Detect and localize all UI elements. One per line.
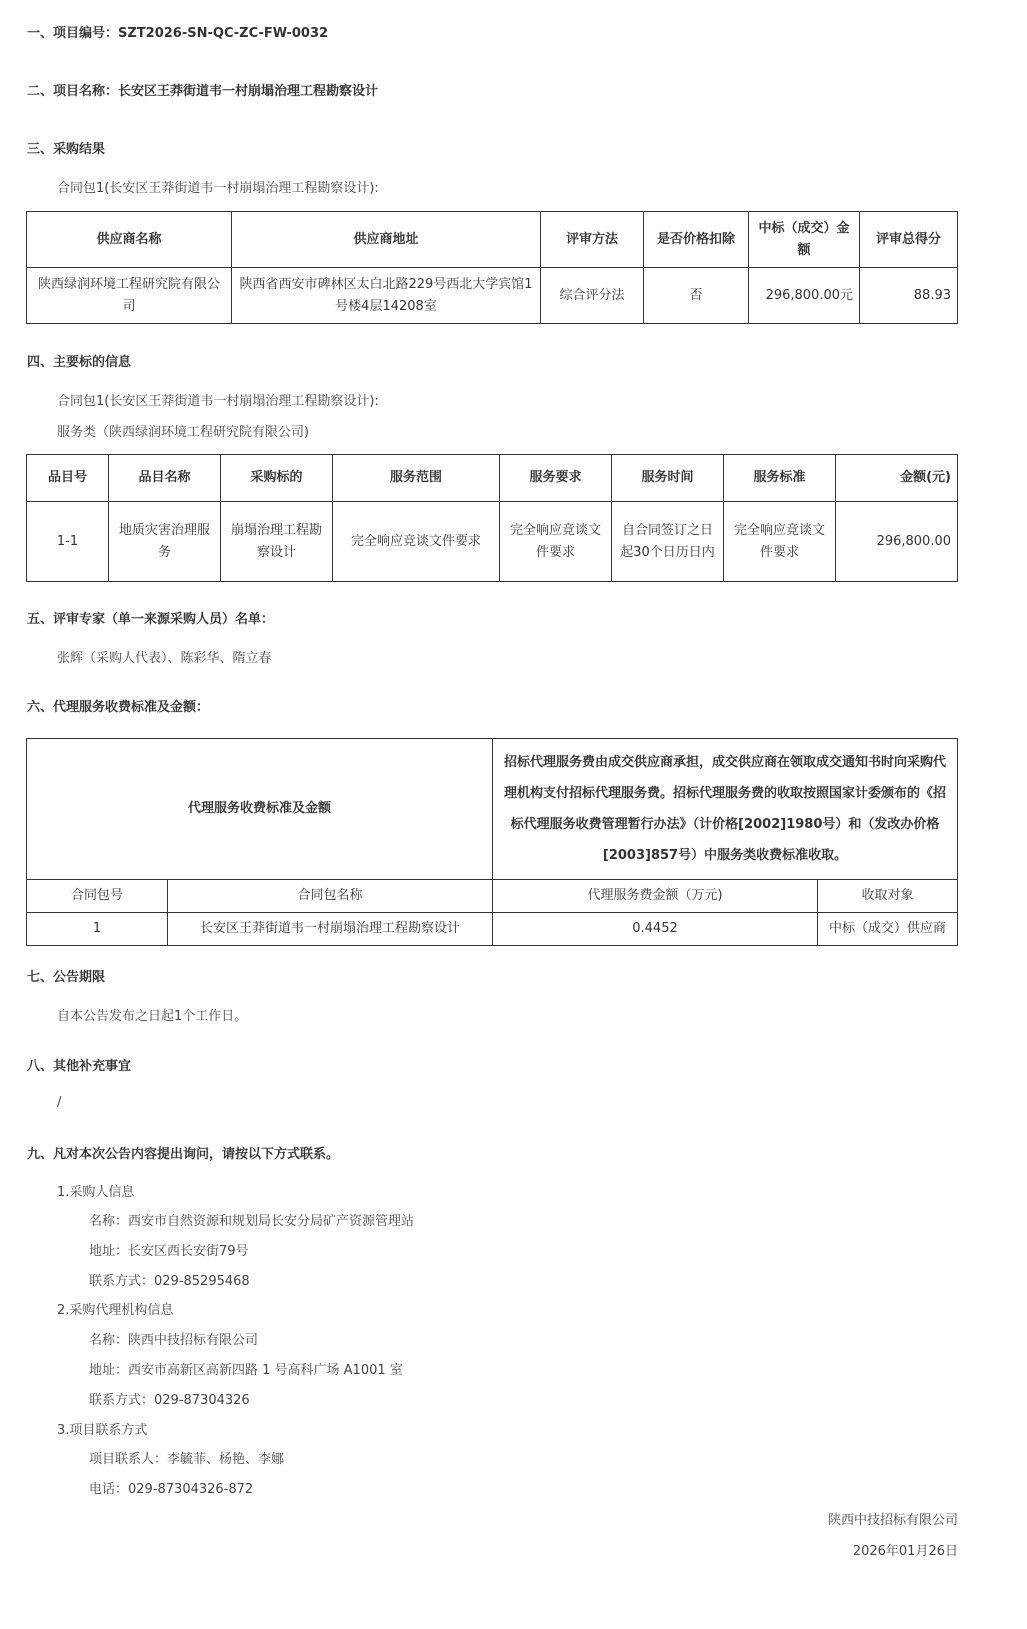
table-header-row: 合同包号 合同包名称 代理服务费金额（万元) 收取对象 [27, 880, 958, 913]
agency-info-title: 2.采购代理机构信息 [57, 1299, 173, 1318]
buyer-address: 地址：长安区西长安街79号 [89, 1240, 249, 1259]
col-header: 品目号 [27, 455, 109, 502]
section-label: 二、项目名称： [27, 84, 118, 99]
fee-payer: 中标（成交）供应商 [818, 913, 958, 946]
review-method: 综合评分法 [541, 268, 644, 324]
col-header: 金额(元) [836, 455, 958, 502]
package-number: 1 [27, 913, 168, 946]
project-contact-title: 3.项目联系方式 [57, 1419, 147, 1438]
item-name: 地质灾害治理服务 [109, 502, 221, 582]
package-name: 长安区王莽街道韦一村崩塌治理工程勘察设计 [168, 913, 493, 946]
package-label: 合同包1(长安区王莽街道韦一村崩塌治理工程勘察设计): [57, 177, 379, 196]
section-main-info: 四、主要标的信息 [27, 351, 131, 370]
col-header: 品目名称 [109, 455, 221, 502]
fee-amount: 0.4452 [493, 913, 818, 946]
section-procurement-result: 三、采购结果 [27, 138, 105, 157]
col-header: 采购标的 [221, 455, 333, 502]
agency-phone: 联系方式：029-87304326 [89, 1389, 250, 1408]
table-row: 1 长安区王莽街道韦一村崩塌治理工程勘察设计 0.4452 中标（成交）供应商 [27, 913, 958, 946]
table-header-row: 供应商名称 供应商地址 评审方法 是否价格扣除 中标（成交）金额 评审总得分 [27, 212, 958, 268]
project-contact-person: 项目联系人：李毓菲、杨艳、李娜 [89, 1448, 284, 1467]
col-header: 服务要求 [500, 455, 612, 502]
table-header-row: 品目号 品目名称 采购标的 服务范围 服务要求 服务时间 服务标准 金额(元) [27, 455, 958, 502]
category-label: 服务类（陕西绿润环境工程研究院有限公司) [57, 421, 309, 440]
bid-amount: 296,800.00元 [749, 268, 860, 324]
fee-table: 代理服务收费标准及金额 招标代理服务费由成交供应商承担，成交供应商在领取成交通知… [26, 738, 958, 946]
section-review-experts: 五、评审专家（单一来源采购人员）名单： [27, 608, 274, 627]
col-header: 供应商名称 [27, 212, 232, 268]
buyer-info-title: 1.采购人信息 [57, 1181, 134, 1200]
col-header: 服务时间 [612, 455, 724, 502]
buyer-phone: 联系方式：029-85295468 [89, 1270, 250, 1289]
notice-period-text: 自本公告发布之日起1个工作日。 [57, 1005, 247, 1024]
col-header: 收取对象 [818, 880, 958, 913]
section-project-number: 一、项目编号：SZT2026-SN-QC-ZC-FW-0032 [27, 22, 328, 41]
expert-list: 张辉（采购人代表）、陈彩华、隋立春 [57, 647, 272, 666]
amount: 296,800.00 [836, 502, 958, 582]
total-score: 88.93 [860, 268, 958, 324]
section-label: 一、项目编号： [27, 26, 118, 41]
project-number: SZT2026-SN-QC-ZC-FW-0032 [118, 26, 328, 41]
service-requirement: 完全响应竞谈文件要求 [500, 502, 612, 582]
col-header: 是否价格扣除 [644, 212, 749, 268]
agency-name: 名称：陕西中技招标有限公司 [89, 1329, 258, 1348]
table-row: 陕西绿润环境工程研究院有限公司 陕西省西安市碑林区太白北路229号西北大学宾馆1… [27, 268, 958, 324]
procurement-target: 崩塌治理工程勘察设计 [221, 502, 333, 582]
agency-address: 地址：西安市高新区高新四路 1 号高科广场 A1001 室 [89, 1359, 403, 1378]
other-matters-text: / [57, 1095, 61, 1110]
project-contact-phone: 电话：029-87304326-872 [89, 1478, 253, 1497]
fee-description: 招标代理服务费由成交供应商承担，成交供应商在领取成交通知书时向采购代理机构支付招… [493, 739, 958, 880]
result-table: 供应商名称 供应商地址 评审方法 是否价格扣除 中标（成交）金额 评审总得分 陕… [26, 211, 958, 324]
service-standard: 完全响应竞谈文件要求 [724, 502, 836, 582]
fee-standard-row: 代理服务收费标准及金额 招标代理服务费由成交供应商承担，成交供应商在领取成交通知… [27, 739, 958, 880]
col-header: 中标（成交）金额 [749, 212, 860, 268]
col-header: 供应商地址 [232, 212, 541, 268]
signature-date: 2026年01月26日 [853, 1540, 958, 1559]
col-header: 合同包名称 [168, 880, 493, 913]
section-agency-fee: 六、代理服务收费标准及金额： [27, 696, 209, 715]
section-contact: 九、凡对本次公告内容提出询问，请按以下方式联系。 [27, 1143, 339, 1162]
col-header: 合同包号 [27, 880, 168, 913]
col-header: 代理服务费金额（万元) [493, 880, 818, 913]
signature-org: 陕西中技招标有限公司 [828, 1509, 958, 1528]
fee-title: 代理服务收费标准及金额 [27, 739, 493, 880]
col-header: 评审方法 [541, 212, 644, 268]
project-name: 长安区王莽街道韦一村崩塌治理工程勘察设计 [118, 84, 378, 99]
col-header: 服务范围 [333, 455, 500, 502]
section-other-matters: 八、其他补充事宜 [27, 1055, 131, 1074]
buyer-name: 名称：西安市自然资源和规划局长安分局矿产资源管理站 [89, 1210, 414, 1229]
package-label: 合同包1(长安区王莽街道韦一村崩塌治理工程勘察设计): [57, 390, 379, 409]
table-row: 1-1 地质灾害治理服务 崩塌治理工程勘察设计 完全响应竞谈文件要求 完全响应竞… [27, 502, 958, 582]
col-header: 服务标准 [724, 455, 836, 502]
supplier-name: 陕西绿润环境工程研究院有限公司 [27, 268, 232, 324]
item-table: 品目号 品目名称 采购标的 服务范围 服务要求 服务时间 服务标准 金额(元) … [26, 454, 958, 582]
section-notice-period: 七、公告期限 [27, 966, 105, 985]
service-scope: 完全响应竞谈文件要求 [333, 502, 500, 582]
col-header: 评审总得分 [860, 212, 958, 268]
service-time: 自合同签订之日起30个日历日内 [612, 502, 724, 582]
section-project-name: 二、项目名称：长安区王莽街道韦一村崩塌治理工程勘察设计 [27, 80, 378, 99]
item-number: 1-1 [27, 502, 109, 582]
price-deduction: 否 [644, 268, 749, 324]
supplier-address: 陕西省西安市碑林区太白北路229号西北大学宾馆1号楼4层14208室 [232, 268, 541, 324]
